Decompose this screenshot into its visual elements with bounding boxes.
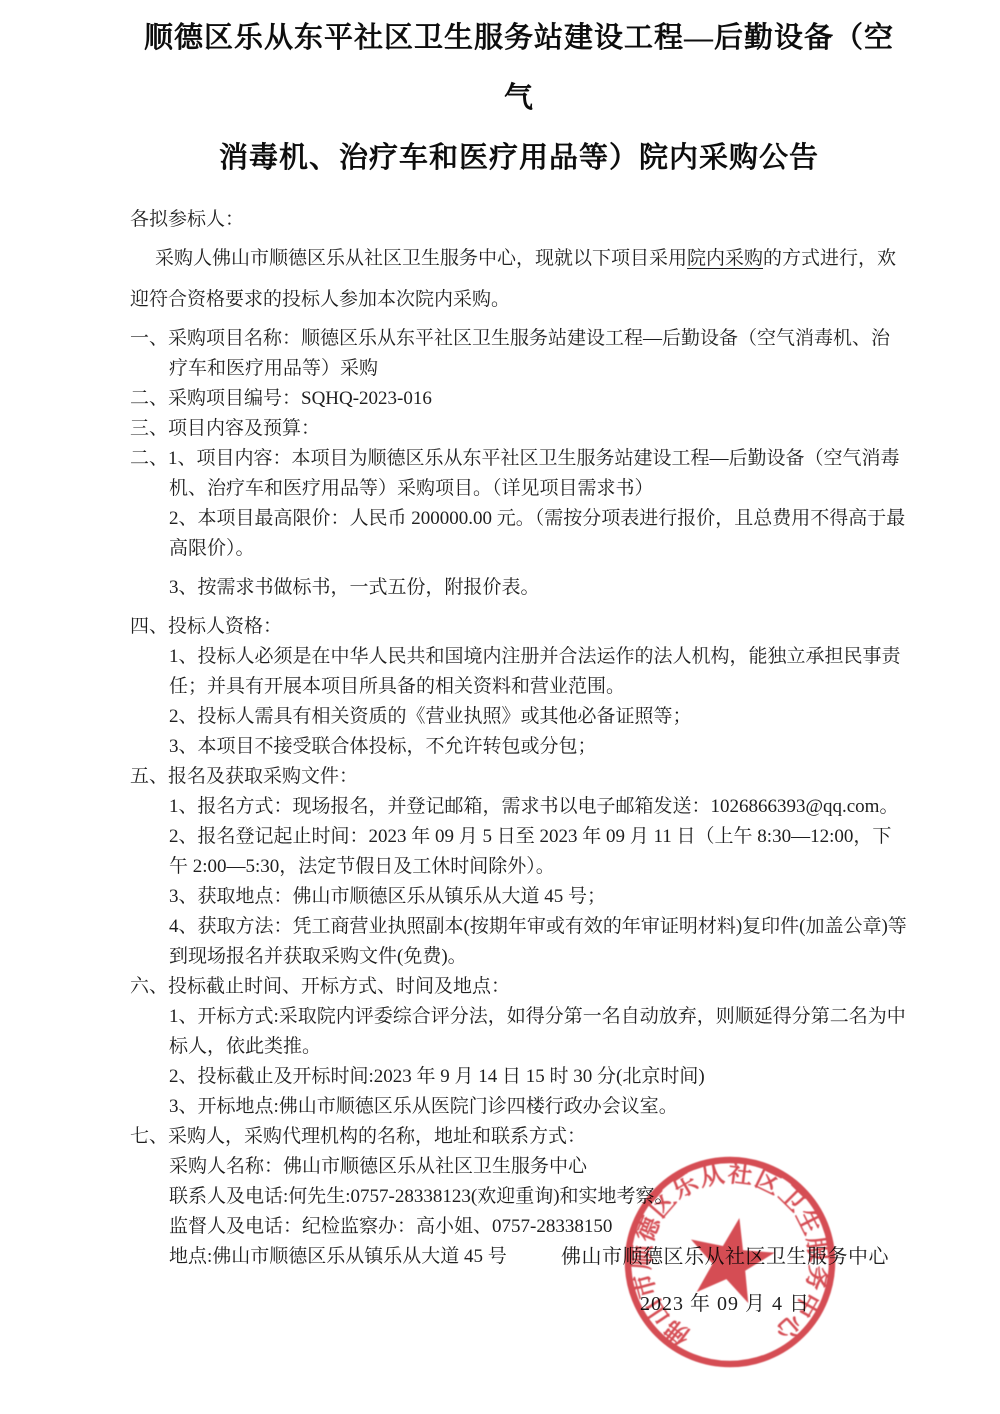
body-line: 4、获取方法：凭工商营业执照副本(按期年审或有效的年审证明材料)复印件(加盖公章… (169, 912, 908, 972)
title-line-1: 顺德区乐从东平社区卫生服务站建设工程—后勤设备（空气 (130, 8, 908, 128)
body-line: 四、投标人资格： (130, 612, 908, 642)
body-items: 一、采购项目名称：顺德区乐从东平社区卫生服务站建设工程—后勤设备（空气消毒机、治… (130, 324, 908, 1272)
title-line-2: 消毒机、治疗车和医疗用品等）院内采购公告 (130, 128, 908, 188)
body-line: 2、本项目最高限价：人民币 200000.00 元。（需按分项表进行报价，且总费… (169, 504, 908, 564)
body-line: 2、投标人需具有相关资质的《营业执照》或其他必备证照等； (169, 702, 908, 732)
body-line: 五、报名及获取采购文件： (130, 762, 908, 792)
body-line: 2、报名登记起止时间：2023 年 09 月 5 日至 2023 年 09 月 … (169, 822, 908, 882)
star-icon (691, 1218, 775, 1303)
salutation: 各拟参标人： (130, 204, 908, 236)
intro-text-pre: 采购人佛山市顺德区乐从社区卫生服务中心，现就以下项目采用 (155, 248, 687, 269)
body-line: 三、项目内容及预算： (130, 414, 908, 444)
body-line: 3、本项目不接受联合体投标，不允许转包或分包； (169, 732, 908, 762)
intro-paragraph: 采购人佛山市顺德区乐从社区卫生服务中心，现就以下项目采用院内采购的方式进行，欢迎… (130, 238, 908, 320)
body-line: 3、开标地点:佛山市顺德区乐从医院门诊四楼行政办会议室。 (169, 1092, 908, 1122)
body-line: 六、投标截止时间、开标方式、时间及地点： (130, 972, 908, 1002)
official-seal-stamp: 佛山市顺德区乐从社区卫生服务中心 (616, 1148, 844, 1376)
body-line: 2、投标截止及开标时间:2023 年 9 月 14 日 15 时 30 分(北京… (169, 1062, 908, 1092)
document-content: 顺德区乐从东平社区卫生服务站建设工程—后勤设备（空气 消毒机、治疗车和医疗用品等… (130, 8, 908, 1272)
intro-text-underlined: 院内采购 (687, 248, 763, 269)
body-line: 二、1、项目内容：本项目为顺德区乐从东平社区卫生服务站建设工程—后勤设备（空气消… (130, 444, 908, 504)
body-line: 二、采购项目编号：SQHQ-2023-016 (130, 384, 908, 414)
page-title: 顺德区乐从东平社区卫生服务站建设工程—后勤设备（空气 消毒机、治疗车和医疗用品等… (130, 8, 908, 188)
body-line: 3、获取地点：佛山市顺德区乐从镇乐从大道 45 号； (169, 882, 908, 912)
body-line: 3、按需求书做标书，一式五份，附报价表。 (169, 573, 908, 603)
body-line: 1、开标方式:采取院内评委综合评分法，如得分第一名自动放弃，则顺延得分第二名为中… (169, 1002, 908, 1062)
body-line: 一、采购项目名称：顺德区乐从东平社区卫生服务站建设工程—后勤设备（空气消毒机、治… (130, 324, 908, 384)
document-page: 顺德区乐从东平社区卫生服务站建设工程—后勤设备（空气 消毒机、治疗车和医疗用品等… (0, 0, 1000, 1414)
body-line: 1、投标人必须是在中华人民共和国境内注册并合法运作的法人机构，能独立承担民事责任… (169, 642, 908, 702)
body-line: 1、报名方式：现场报名，并登记邮箱，需求书以电子邮箱发送：1026866393@… (169, 792, 908, 822)
